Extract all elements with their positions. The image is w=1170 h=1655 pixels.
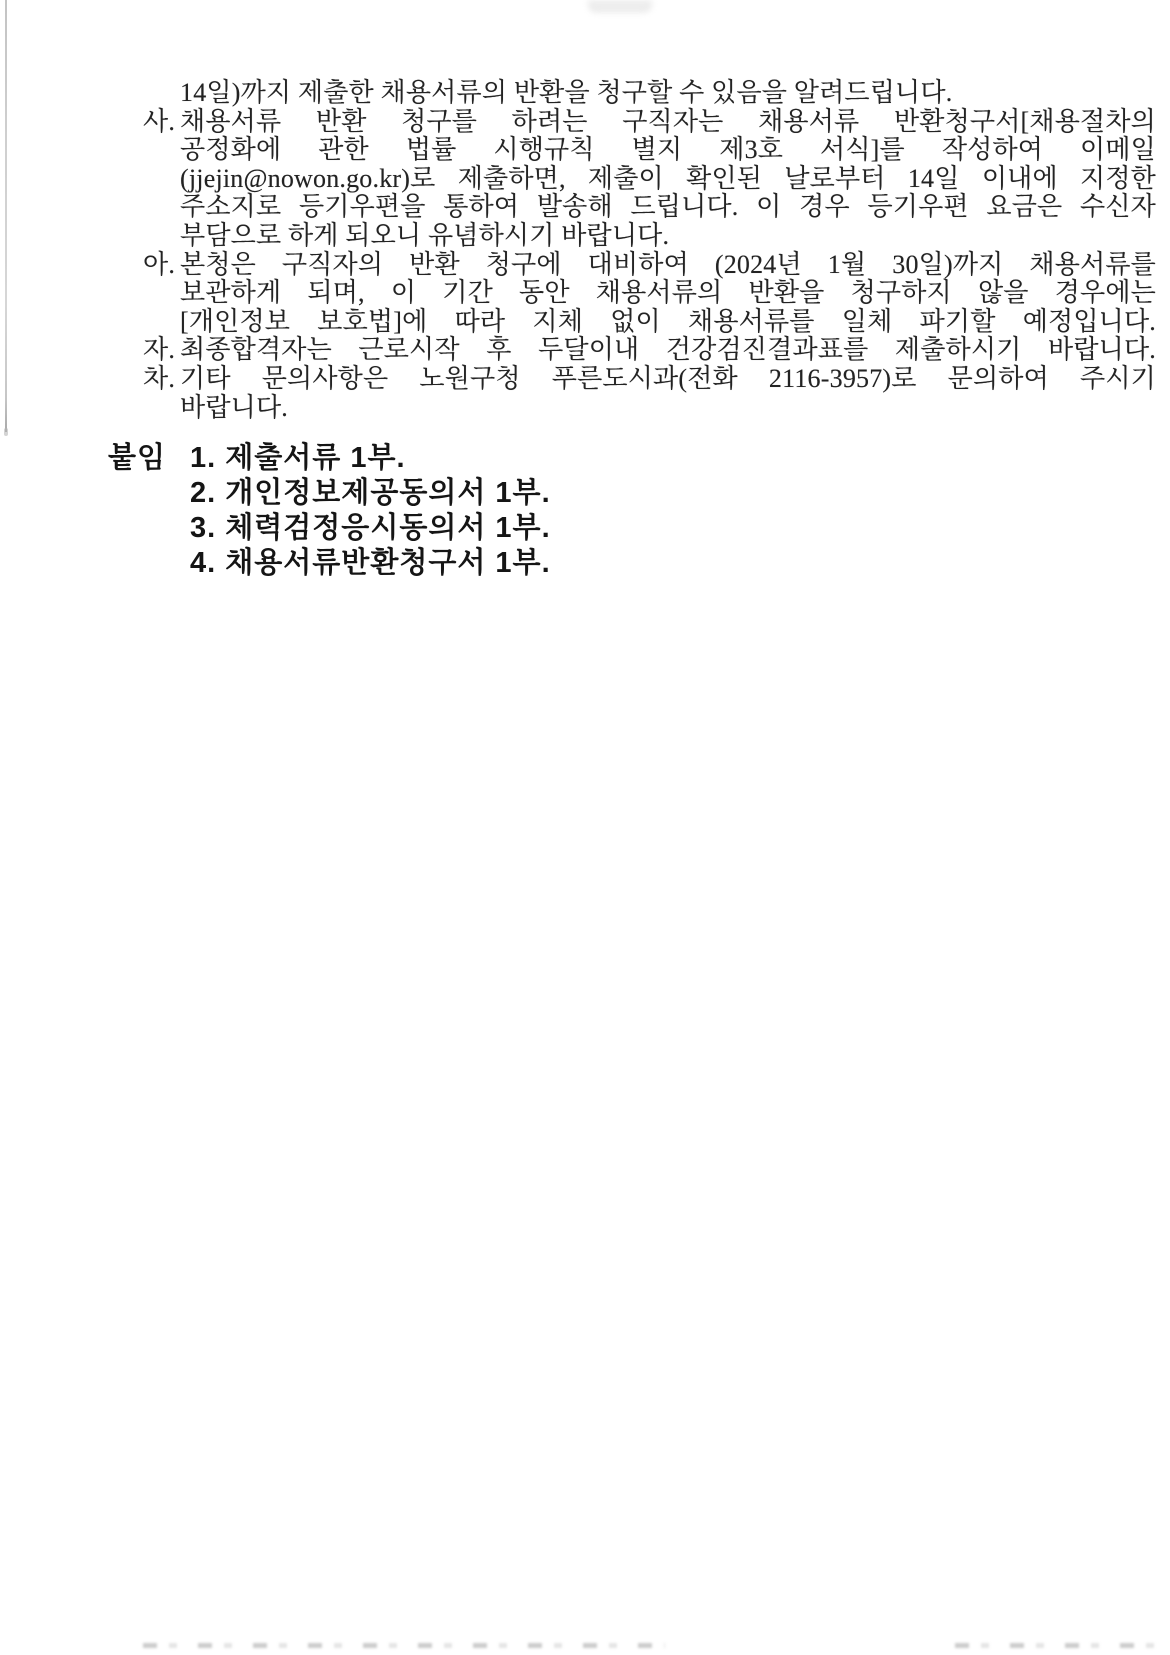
clause-cha-line-1: 차. 기타 문의사항은 노원구청 푸른도시과(전화 2116-3957)로 문의… [143, 365, 1156, 394]
scan-artifact-bottom-noise-right [955, 1643, 1170, 1648]
attachment-item-4: 4. 채용서류반환청구서 1부. [190, 546, 551, 581]
attachment-item-2: 2. 개인정보제공동의서 1부. [190, 476, 551, 511]
body-line-text: 기타 문의사항은 노원구청 푸른도시과(전화 2116-3957)로 문의하여 … [180, 365, 1156, 394]
clause-sa-line-1: 사. 채용서류 반환 청구를 하려는 구직자는 채용서류 반환청구서[채용절차의 [143, 108, 1156, 137]
body-line-continuation: 14일)까지 제출한 채용서류의 반환을 청구할 수 있음을 알려드립니다. [143, 79, 1156, 108]
clause-a-line-1: 아. 본청은 구직자의 반환 청구에 대비하여 (2024년 1월 30일)까지… [143, 251, 1156, 280]
clause-sa-line-4: 주소지로 등기우편을 통하여 발송해 드립니다. 이 경우 등기우편 요금은 수… [143, 193, 1156, 222]
body-line-text: (jjejin@nowon.go.kr)로 제출하면, 제출이 확인된 날로부터… [180, 165, 1156, 194]
body-line-text: 본청은 구직자의 반환 청구에 대비하여 (2024년 1월 30일)까지 채용… [180, 251, 1156, 280]
clause-cha-line-2: 바랍니다. [143, 394, 1156, 423]
body-line-text: [개인정보 보호법]에 따라 지체 없이 채용서류를 일체 파기할 예정입니다. [180, 308, 1156, 337]
body-line-text: 공정화에 관한 법률 시행규칙 별지 제3호 서식]를 작성하여 이메일 [180, 136, 1156, 165]
clause-marker-sa: 사. [143, 108, 180, 137]
document-body: 14일)까지 제출한 채용서류의 반환을 청구할 수 있음을 알려드립니다. 사… [143, 79, 1156, 422]
clause-marker-ja: 자. [143, 336, 180, 365]
attachments-section: 붙임 1. 제출서류 1부. 2. 개인정보제공동의서 1부. 3. 체력검정응… [108, 441, 808, 581]
body-line-text: 채용서류 반환 청구를 하려는 구직자는 채용서류 반환청구서[채용절차의 [180, 108, 1156, 137]
clause-a-line-3: [개인정보 보호법]에 따라 지체 없이 채용서류를 일체 파기할 예정입니다. [143, 308, 1156, 337]
clause-marker-cha: 차. [143, 365, 180, 394]
attachment-item-3: 3. 체력검정응시동의서 1부. [190, 511, 551, 546]
clause-ja-line-1: 자. 최종합격자는 근로시작 후 두달이내 건강검진결과표를 제출하시기 바랍니… [143, 336, 1156, 365]
scan-artifact-bottom-noise-left [143, 1643, 665, 1648]
clause-sa-line-3: (jjejin@nowon.go.kr)로 제출하면, 제출이 확인된 날로부터… [143, 165, 1156, 194]
body-line-text: 최종합격자는 근로시작 후 두달이내 건강검진결과표를 제출하시기 바랍니다. [180, 336, 1156, 365]
scan-artifact-left-line [5, 0, 7, 432]
body-line-text: 14일)까지 제출한 채용서류의 반환을 청구할 수 있음을 알려드립니다. [180, 79, 1156, 108]
clause-sa-line-5: 부담으로 하게 되오니 유념하시기 바랍니다. [143, 222, 1156, 251]
attachment-item-1: 1. 제출서류 1부. [190, 441, 551, 476]
clause-marker-a: 아. [143, 251, 180, 280]
scanned-document-page: 14일)까지 제출한 채용서류의 반환을 청구할 수 있음을 알려드립니다. 사… [0, 0, 1170, 1655]
body-line-text: 주소지로 등기우편을 통하여 발송해 드립니다. 이 경우 등기우편 요금은 수… [180, 193, 1156, 222]
body-line-text: 부담으로 하게 되오니 유념하시기 바랍니다. [180, 222, 1156, 251]
attachments-label: 붙임 [108, 441, 190, 476]
scan-artifact-top-smudge [588, 0, 652, 13]
attachments-list: 1. 제출서류 1부. 2. 개인정보제공동의서 1부. 3. 체력검정응시동의… [190, 441, 551, 581]
body-line-text: 보관하게 되며, 이 기간 동안 채용서류의 반환을 청구하지 않을 경우에는 [180, 279, 1156, 308]
body-line-text: 바랍니다. [180, 394, 1156, 423]
clause-sa-line-2: 공정화에 관한 법률 시행규칙 별지 제3호 서식]를 작성하여 이메일 [143, 136, 1156, 165]
clause-a-line-2: 보관하게 되며, 이 기간 동안 채용서류의 반환을 청구하지 않을 경우에는 [143, 279, 1156, 308]
